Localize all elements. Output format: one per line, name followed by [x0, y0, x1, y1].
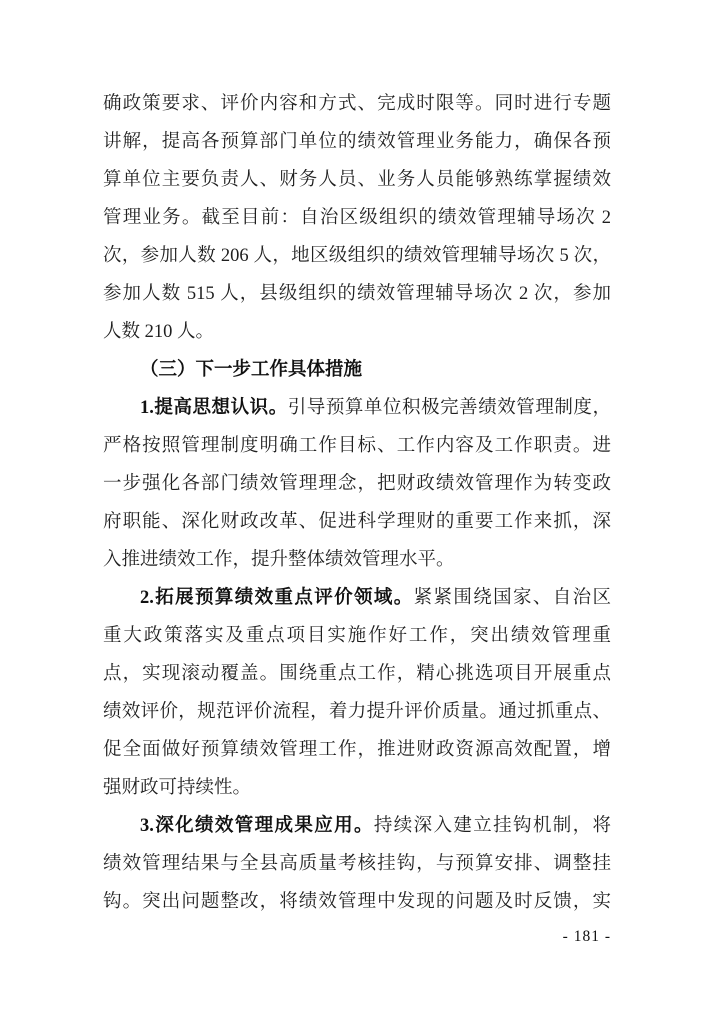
body-text: 讲解，提高各预算部门单位的绩效管理业务能力，确保各预: [103, 132, 611, 152]
body-text: 重大政策落实及重点项目实施作好工作，突出绩效管理重: [103, 626, 611, 646]
body-text: 参加人数 515 人，县级组织的绩效管理辅导场次 2 次，参加: [103, 284, 611, 304]
body-line: 一步强化各部门绩效管理理念，把财政绩效管理作为转变政: [103, 465, 611, 503]
bold-lead-text: 1.提高思想认识。: [140, 398, 288, 418]
body-text: 绩效管理结果与全县高质量考核挂钩，与预算安排、调整挂: [103, 854, 611, 874]
body-text: 严格按照管理制度明确工作目标、工作内容及工作职责。进: [103, 436, 611, 456]
body-line: 1.提高思想认识。引导预算单位积极完善绩效管理制度，: [103, 389, 611, 427]
body-line: 次，参加人数 206 人，地区级组织的绩效管理辅导场次 5 次，: [103, 237, 611, 275]
body-text: 次，参加人数 206 人，地区级组织的绩效管理辅导场次 5 次，: [103, 246, 611, 266]
body-line: 讲解，提高各预算部门单位的绩效管理业务能力，确保各预: [103, 123, 611, 161]
body-line: 3.深化绩效管理成果应用。持续深入建立挂钩机制，将: [103, 807, 611, 845]
body-line: 钩。突出问题整改，将绩效管理中发现的问题及时反馈，实: [103, 883, 611, 921]
body-line: 管理业务。截至目前：自治区级组织的绩效管理辅导场次 2: [103, 199, 611, 237]
body-text: 一步强化各部门绩效管理理念，把财政绩效管理作为转变政: [103, 474, 611, 494]
body-line: 绩效管理结果与全县高质量考核挂钩，与预算安排、调整挂: [103, 845, 611, 883]
body-line: 促全面做好预算绩效管理工作，推进财政资源高效配置，增: [103, 731, 611, 769]
body-text: 管理业务。截至目前：自治区级组织的绩效管理辅导场次 2: [103, 208, 611, 228]
body-text: 强财政可持续性。: [103, 778, 251, 798]
body-line: 算单位主要负责人、财务人员、业务人员能够熟练掌握绩效: [103, 161, 611, 199]
body-line: 严格按照管理制度明确工作目标、工作内容及工作职责。进: [103, 427, 611, 465]
body-line: （三）下一步工作具体措施: [103, 351, 611, 389]
body-text: 引导预算单位积极完善绩效管理制度，: [288, 398, 611, 418]
body-text: 紧紧围绕国家、自治区: [414, 588, 611, 608]
document-page: 确政策要求、评价内容和方式、完成时限等。同时进行专题讲解，提高各预算部门单位的绩…: [0, 0, 714, 1010]
body-line: 确政策要求、评价内容和方式、完成时限等。同时进行专题: [103, 85, 611, 123]
body-text: 算单位主要负责人、财务人员、业务人员能够熟练掌握绩效: [103, 170, 611, 190]
body-text: 府职能、深化财政改革、促进科学理财的重要工作来抓，深: [103, 512, 611, 532]
body-text: 钩。突出问题整改，将绩效管理中发现的问题及时反馈，实: [103, 892, 611, 912]
body-line: 参加人数 515 人，县级组织的绩效管理辅导场次 2 次，参加: [103, 275, 611, 313]
body-text: 点，实现滚动覆盖。围绕重点工作，精心挑选项目开展重点: [103, 664, 611, 684]
bold-lead-text: 3.深化绩效管理成果应用。: [140, 816, 374, 836]
body-line: 入推进绩效工作，提升整体绩效管理水平。: [103, 541, 611, 579]
bold-lead-text: 2.拓展预算绩效重点评价领域。: [140, 588, 414, 608]
body-text: 绩效评价，规范评价流程，着力提升评价质量。通过抓重点、: [103, 702, 611, 722]
body-line: 2.拓展预算绩效重点评价领域。紧紧围绕国家、自治区: [103, 579, 611, 617]
body-line: 点，实现滚动覆盖。围绕重点工作，精心挑选项目开展重点: [103, 655, 611, 693]
bold-lead-text: （三）下一步工作具体措施: [140, 360, 362, 380]
body-line: 重大政策落实及重点项目实施作好工作，突出绩效管理重: [103, 617, 611, 655]
body-line: 绩效评价，规范评价流程，着力提升评价质量。通过抓重点、: [103, 693, 611, 731]
body-text: 持续深入建立挂钩机制，将: [374, 816, 611, 836]
document-body: 确政策要求、评价内容和方式、完成时限等。同时进行专题讲解，提高各预算部门单位的绩…: [103, 85, 611, 921]
body-text: 确政策要求、评价内容和方式、完成时限等。同时进行专题: [103, 94, 611, 114]
body-line: 人数 210 人。: [103, 313, 611, 351]
body-text: 入推进绩效工作，提升整体绩效管理水平。: [103, 550, 455, 570]
body-line: 府职能、深化财政改革、促进科学理财的重要工作来抓，深: [103, 503, 611, 541]
body-text: 人数 210 人。: [103, 322, 214, 342]
body-line: 强财政可持续性。: [103, 769, 611, 807]
page-number: - 181 -: [563, 928, 611, 946]
body-text: 促全面做好预算绩效管理工作，推进财政资源高效配置，增: [103, 740, 611, 760]
